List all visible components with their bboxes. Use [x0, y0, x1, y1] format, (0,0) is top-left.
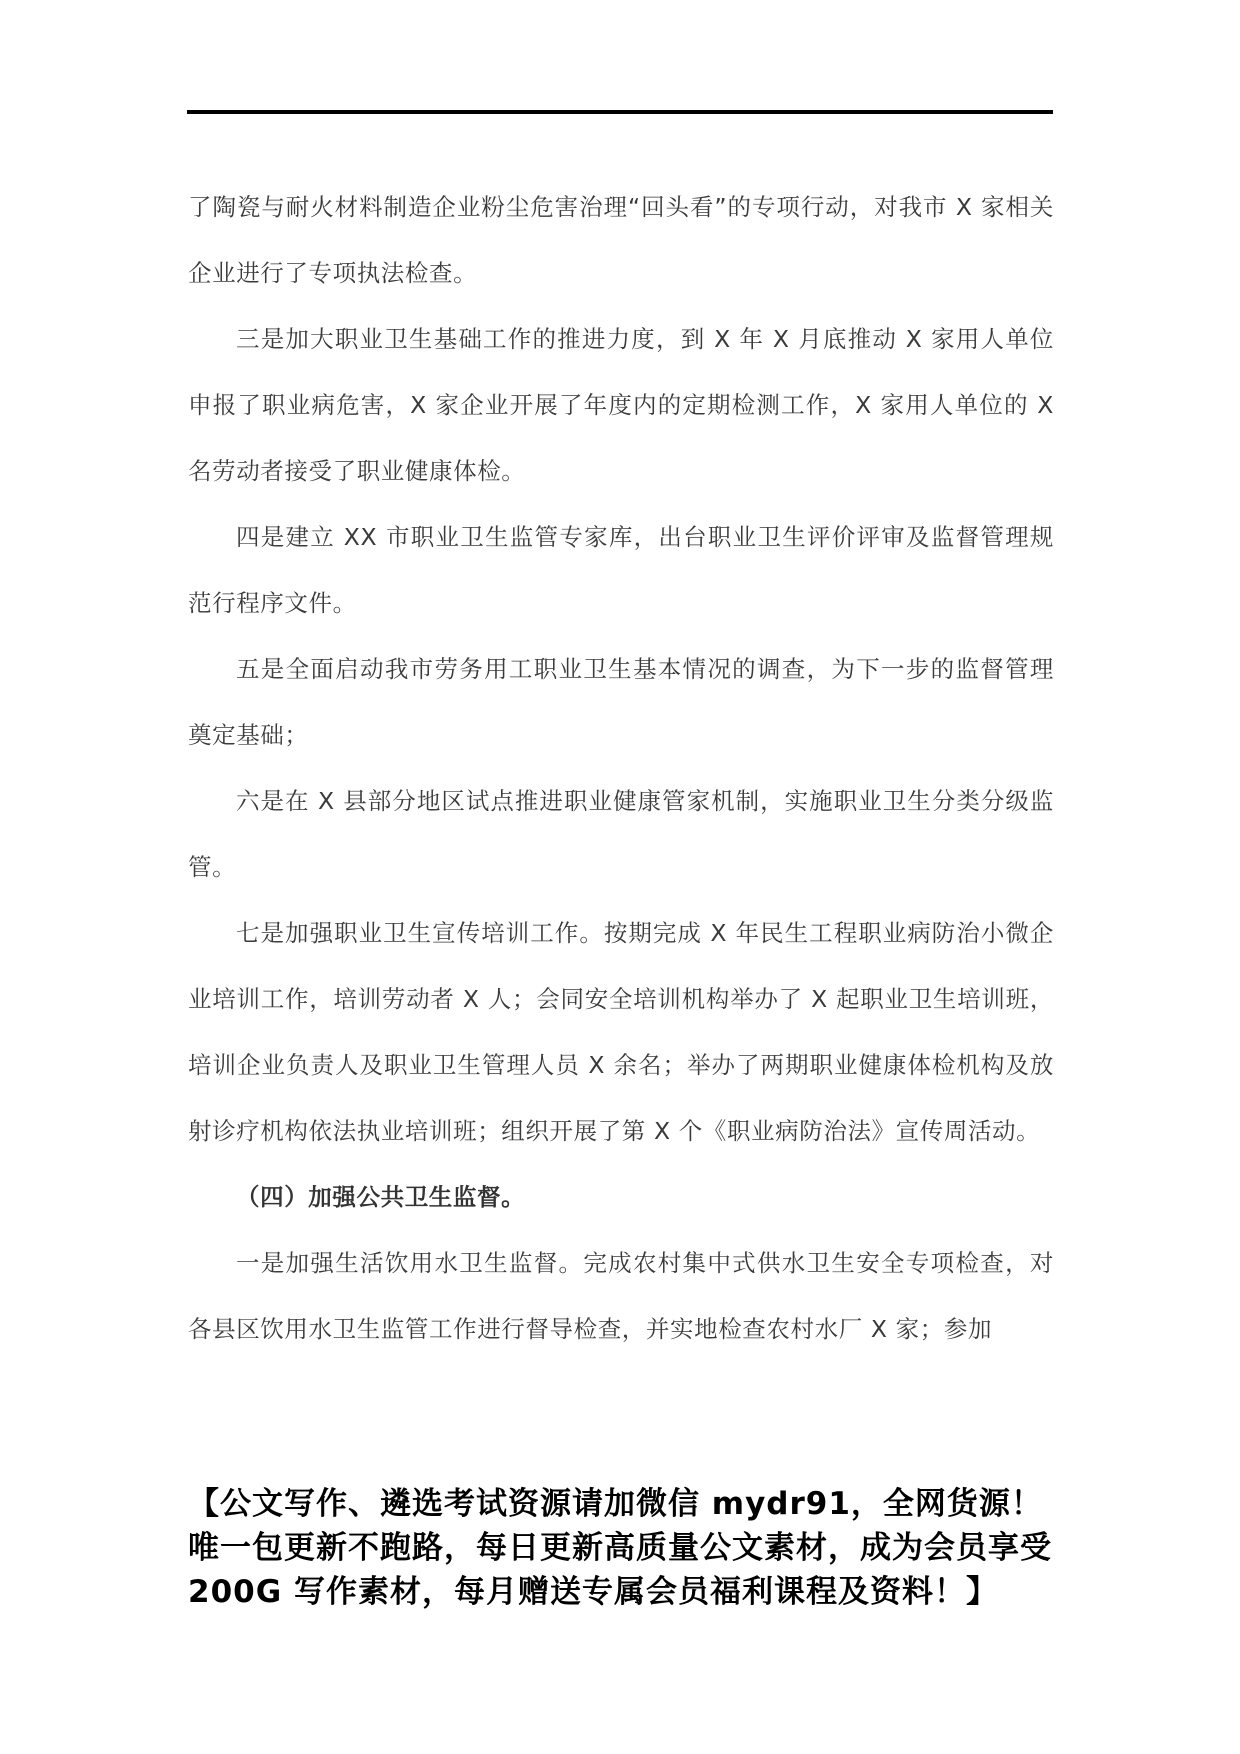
paragraph-item-four: 四是建立 XX 市职业卫生监管专家库，出台职业卫生评价评审及监督管理规范行程序文… — [188, 504, 1054, 636]
paragraph-item-seven: 七是加强职业卫生宣传培训工作。按期完成 X 年民生工程职业病防治小微企业培训工作… — [188, 900, 1054, 1164]
promo-text: 【公文写作、遴选考试资源请加微信 mydr91，全网货源！唯一包更新不跑路，每日… — [188, 1482, 1068, 1614]
paragraph-item-six: 六是在 X 县部分地区试点推进职业健康管家机制，实施职业卫生分类分级监管。 — [188, 768, 1054, 900]
paragraph-item-one: 一是加强生活饮用水卫生监督。完成农村集中式供水卫生安全专项检查，对各县区饮用水卫… — [188, 1230, 1054, 1362]
paragraph-item-three: 三是加大职业卫生基础工作的推进力度，到 X 年 X 月底推动 X 家用人单位申报… — [188, 306, 1054, 504]
promo-banner: 【公文写作、遴选考试资源请加微信 mydr91，全网货源！唯一包更新不跑路，每日… — [188, 1482, 1068, 1614]
section-heading: （四）加强公共卫生监督。 — [188, 1164, 1054, 1230]
document-body: 了陶瓷与耐火材料制造企业粉尘危害治理“回头看”的专项行动，对我市 X 家相关企业… — [188, 174, 1054, 1362]
header-rule — [187, 110, 1053, 114]
paragraph-continuation: 了陶瓷与耐火材料制造企业粉尘危害治理“回头看”的专项行动，对我市 X 家相关企业… — [188, 174, 1054, 306]
paragraph-item-five: 五是全面启动我市劳务用工职业卫生基本情况的调查，为下一步的监督管理奠定基础； — [188, 636, 1054, 768]
